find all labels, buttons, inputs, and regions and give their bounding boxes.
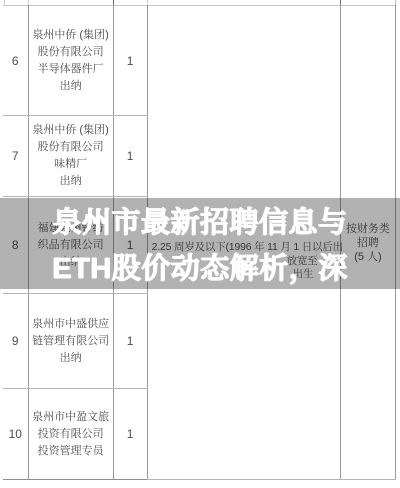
row-number-cell: 10 [3,389,28,480]
headcount-cell: 1 [113,6,147,116]
banner-title-line-1: 泉州市最新招聘信息与 [52,200,347,246]
company-position-cell: 泉州市中盈文旅 投资有限公司 投资管理专员 [28,389,113,480]
company-position-cell: 泉州市中盛供应 链管理有限公司 出纳 [28,294,113,389]
headcount-cell: 1 [113,116,147,197]
table-row: 6 泉州中侨 (集团) 股份有限公司 半导体器件厂 出纳 1 2.25 周岁及以… [3,6,396,116]
recruitment-table-screenshot: 6 泉州中侨 (集团) 股份有限公司 半导体器件厂 出纳 1 2.25 周岁及以… [0,0,400,488]
row-number-cell: 6 [3,6,28,116]
banner-title-line-2: ETH股价动态解析，深 [52,246,348,292]
row-number-cell: 9 [3,294,28,389]
title-overlay-banner: 泉州市最新招聘信息与 ETH股价动态解析，深 [0,198,400,289]
headcount-cell: 1 [113,389,147,480]
company-position-cell: 泉州中侨 (集团) 股份有限公司 味精厂 出纳 [28,116,113,197]
company-position-cell: 泉州中侨 (集团) 股份有限公司 半导体器件厂 出纳 [28,6,113,116]
headcount-cell: 1 [113,294,147,389]
row-number-cell: 7 [3,116,28,197]
